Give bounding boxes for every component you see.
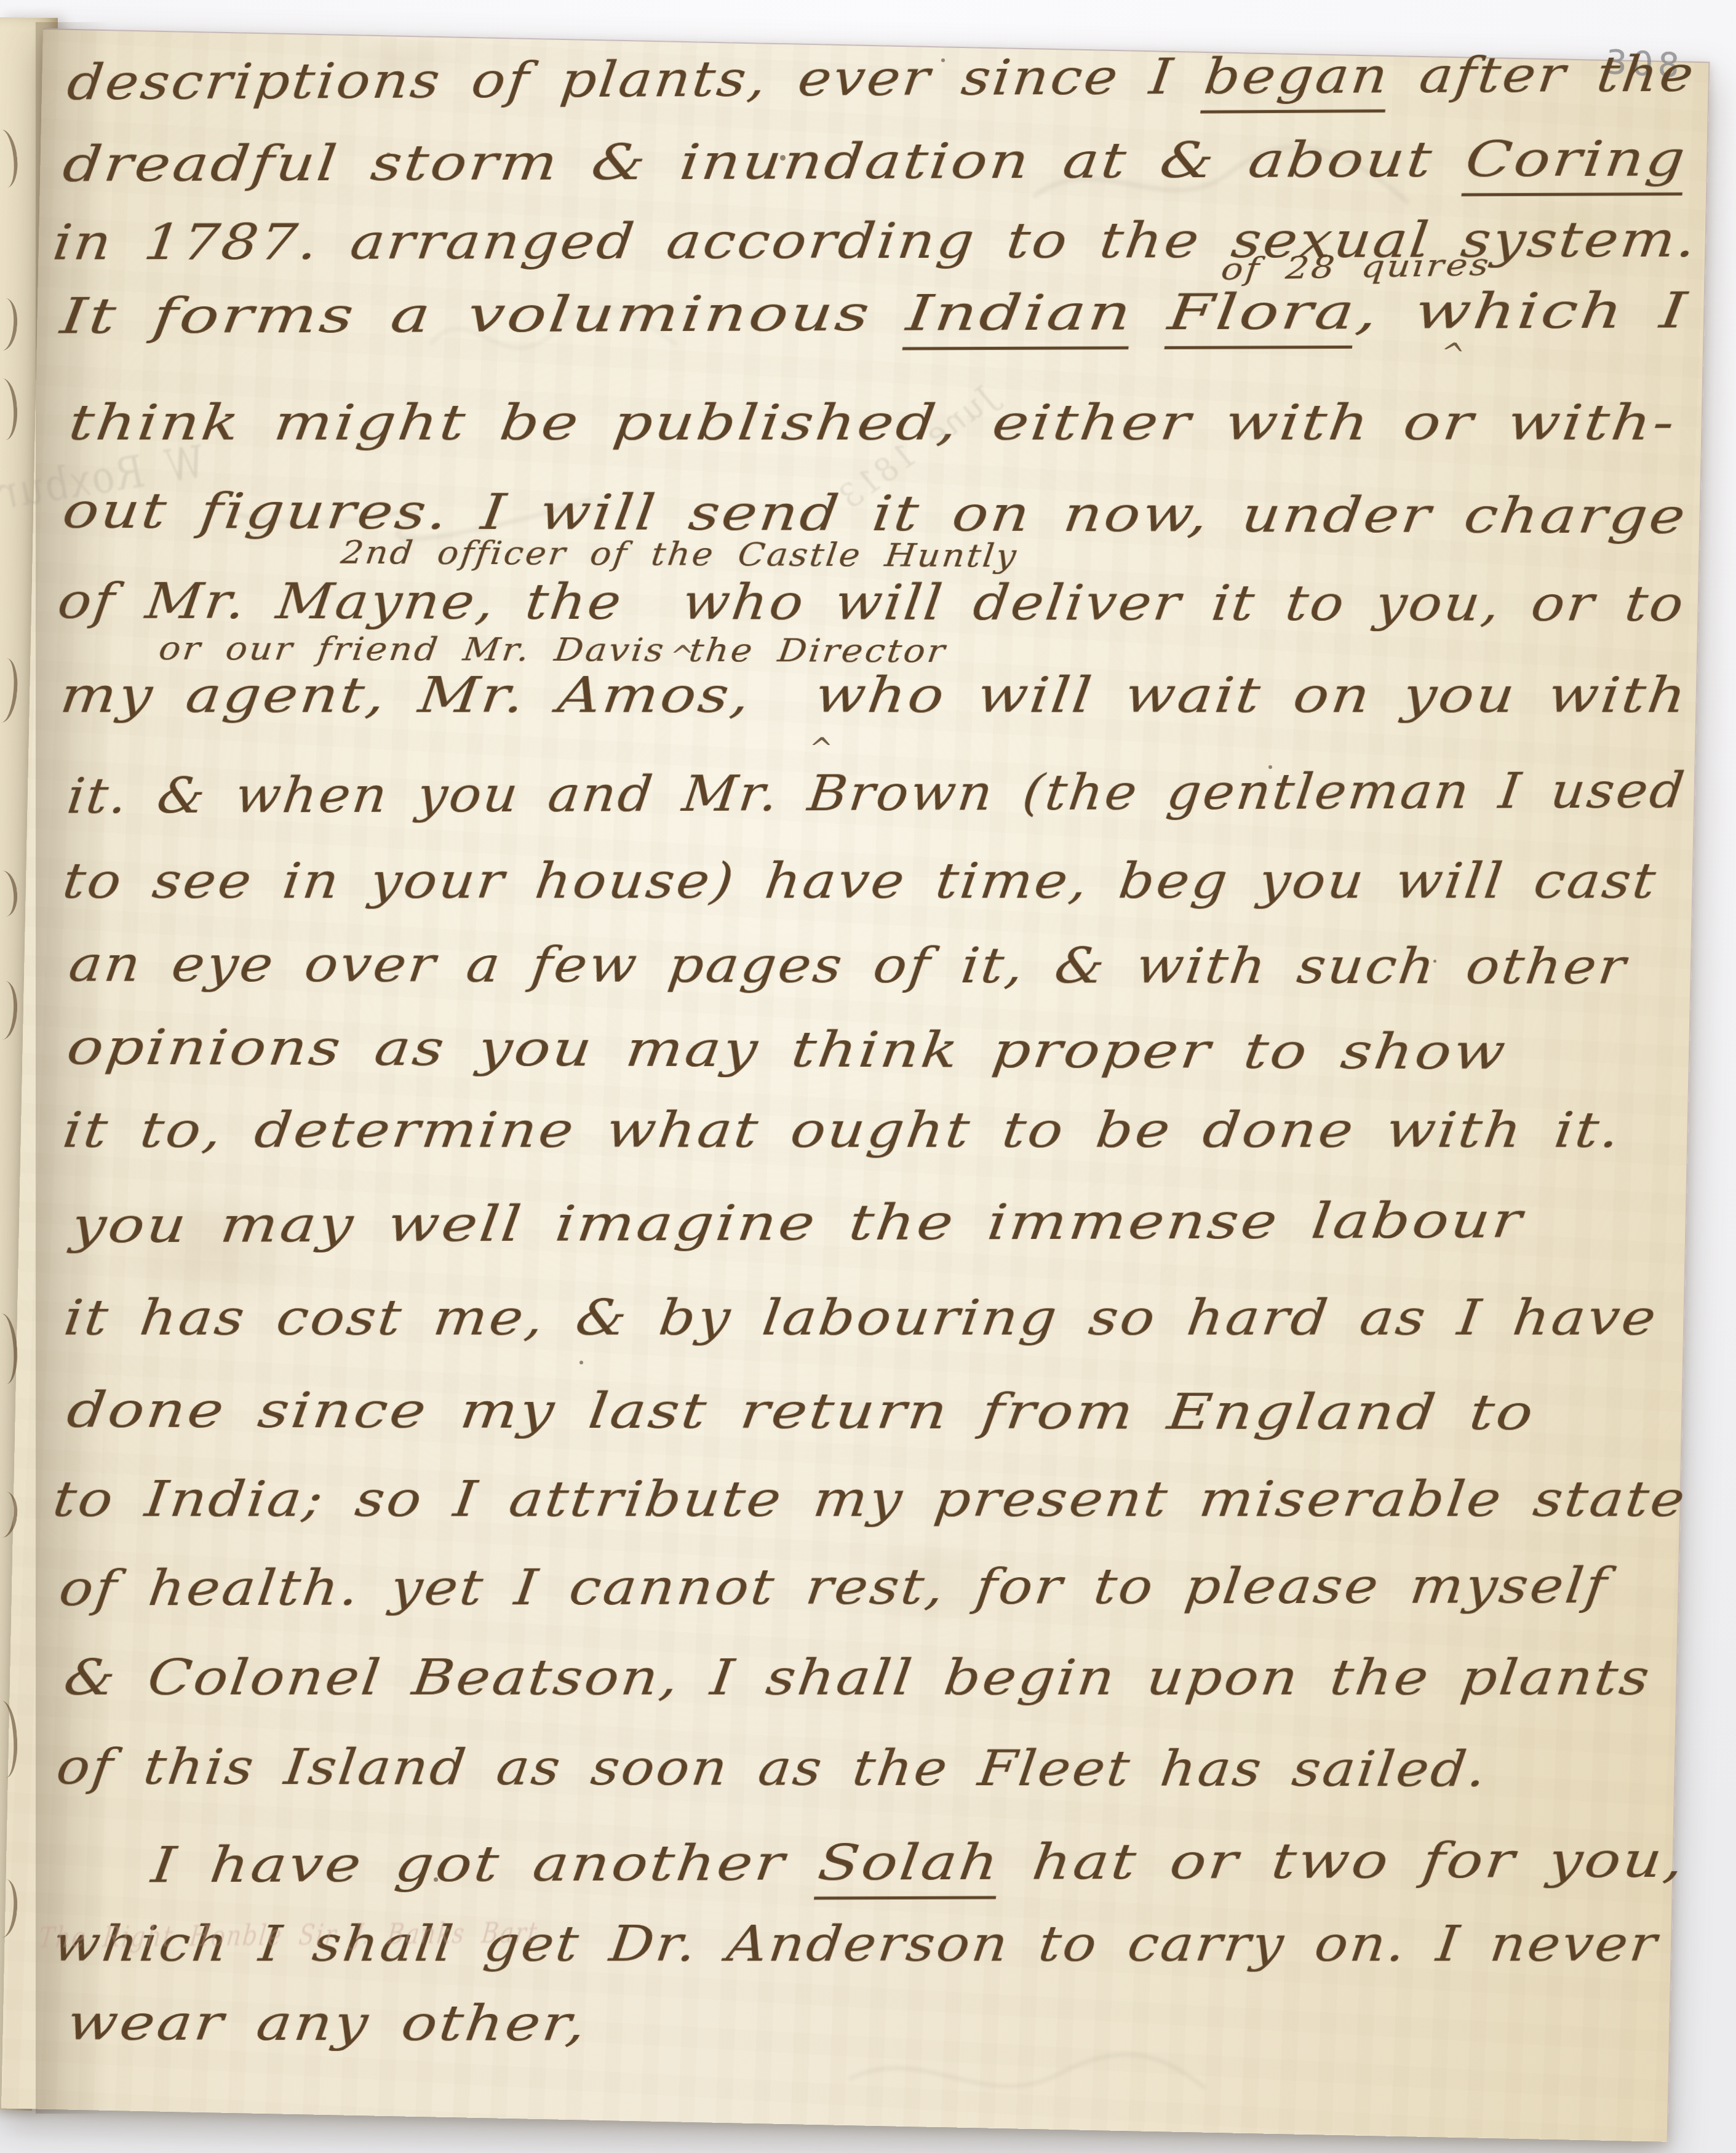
text-segment: after the — [1386, 45, 1698, 104]
body-line-21: I have got another Solah hat or two for … — [149, 1834, 1689, 1892]
body-line-17: to India; so I attribute my present mise… — [50, 1473, 1690, 1526]
body-line-2: dreadful storm & inundation at & about C… — [60, 133, 1690, 191]
text-segment: dreadful storm & inundation at & about — [60, 130, 1470, 193]
text-segment: it. & when you and Mr. Brown (the gentle… — [65, 762, 1689, 824]
body-line-9: it. & when you and Mr. Brown (the gentle… — [65, 765, 1689, 822]
body-line-8: my agent, Mr. Amos, who will wait on you… — [58, 669, 1691, 722]
underlined-word: Coring — [1462, 130, 1690, 196]
underlined-word: Solah — [814, 1833, 1003, 1900]
letter-text-layer: 308 descriptions of plants, ever since I… — [0, 0, 1736, 2153]
body-line-7: of Mr. Mayne, the who will deliver it to… — [55, 575, 1688, 630]
text-segment: descriptions of plants, ever since I — [65, 47, 1208, 111]
text-segment: it has cost me, & by labouring so hard a… — [61, 1289, 1661, 1346]
body-line-18: of health. yet I cannot rest, for to ple… — [57, 1560, 1612, 1615]
text-segment: , which I — [1353, 282, 1692, 340]
text-segment: It forms a voluminous — [58, 284, 910, 344]
text-segment: 2nd officer of the Castle Huntly — [339, 535, 1021, 575]
text-segment: ^ — [668, 639, 698, 672]
text-segment: to see in your house) have time, beg you… — [60, 852, 1660, 909]
text-segment: or our friend Mr. Davis the Director — [157, 631, 949, 670]
text-segment: ^ — [807, 731, 837, 765]
body-line-23: wear any other, — [64, 1997, 591, 2050]
text-segment: of Mr. Mayne, the who will deliver it to… — [55, 572, 1689, 632]
text-segment: opinions as you may think proper to show — [64, 1018, 1511, 1080]
underlined-word: Flora — [1164, 283, 1360, 349]
photograph-of-manuscript-letter: 308 descriptions of plants, ever since I… — [0, 0, 1736, 2153]
text-segment: done since my last return from England t… — [64, 1381, 1539, 1441]
text-segment: an eye over a few pages of it, & with su… — [66, 935, 1631, 995]
text-segment: it to, determine what ought to be done w… — [60, 1101, 1625, 1158]
insertion-note-castle-huntly: 2nd officer of the Castle Huntly — [339, 536, 1020, 574]
caret-after-the: ^ — [668, 641, 698, 671]
underlined-word: Indian — [902, 284, 1137, 350]
text-segment: hat or two for you, — [997, 1831, 1689, 1890]
body-line-4: It forms a voluminous Indian Flora, whic… — [58, 285, 1692, 343]
body-line-10: to see in your house) have time, beg you… — [60, 855, 1660, 907]
text-segment: & Colonel Beatson, I shall begin upon th… — [61, 1649, 1654, 1706]
body-line-1: descriptions of plants, ever since I beg… — [65, 48, 1698, 109]
caret-after-flora: ^ — [1436, 337, 1470, 370]
body-line-11: an eye over a few pages of it, & with su… — [66, 938, 1630, 993]
text-segment: to India; so I attribute my present mise… — [50, 1470, 1690, 1527]
text-segment: of 28 quires — [1219, 247, 1492, 287]
note-of-28-quires: of 28 quires — [1219, 249, 1492, 286]
body-line-14: you may well imagine the immense labour — [69, 1195, 1527, 1252]
text-segment: think might be published, either with or… — [66, 394, 1679, 451]
text-segment: wear any other, — [64, 1994, 591, 2052]
text-segment: I have got another — [149, 1834, 822, 1893]
insertion-note-mr-davis: or our friend Mr. Davis the Director — [157, 632, 949, 669]
body-line-12: opinions as you may think proper to show — [64, 1021, 1510, 1078]
body-line-13: it to, determine what ought to be done w… — [60, 1104, 1625, 1156]
body-line-20: of this Island as soon as the Fleet has … — [54, 1741, 1491, 1796]
address-offset: The Right Honble Sir J. Banks Bart — [38, 1917, 540, 1952]
caret-after-amos: ^ — [807, 733, 837, 763]
text-segment: The Right Honble Sir J. Banks Bart — [37, 1916, 540, 1954]
text-segment: ^ — [1436, 335, 1470, 371]
text-segment: my agent, Mr. Amos, who will wait on you… — [57, 666, 1691, 723]
text-segment: of this Island as soon as the Fleet has … — [54, 1738, 1491, 1797]
underlined-word: began — [1200, 47, 1393, 114]
text-segment: of health. yet I cannot rest, for to ple… — [56, 1557, 1612, 1617]
body-line-16: done since my last return from England t… — [64, 1384, 1538, 1439]
body-line-5: think might be published, either with or… — [66, 397, 1679, 449]
body-line-15: it has cost me, & by labouring so hard a… — [62, 1292, 1661, 1344]
text-segment: you may well imagine the immense labour — [69, 1192, 1527, 1254]
body-line-19: & Colonel Beatson, I shall begin upon th… — [62, 1652, 1654, 1704]
